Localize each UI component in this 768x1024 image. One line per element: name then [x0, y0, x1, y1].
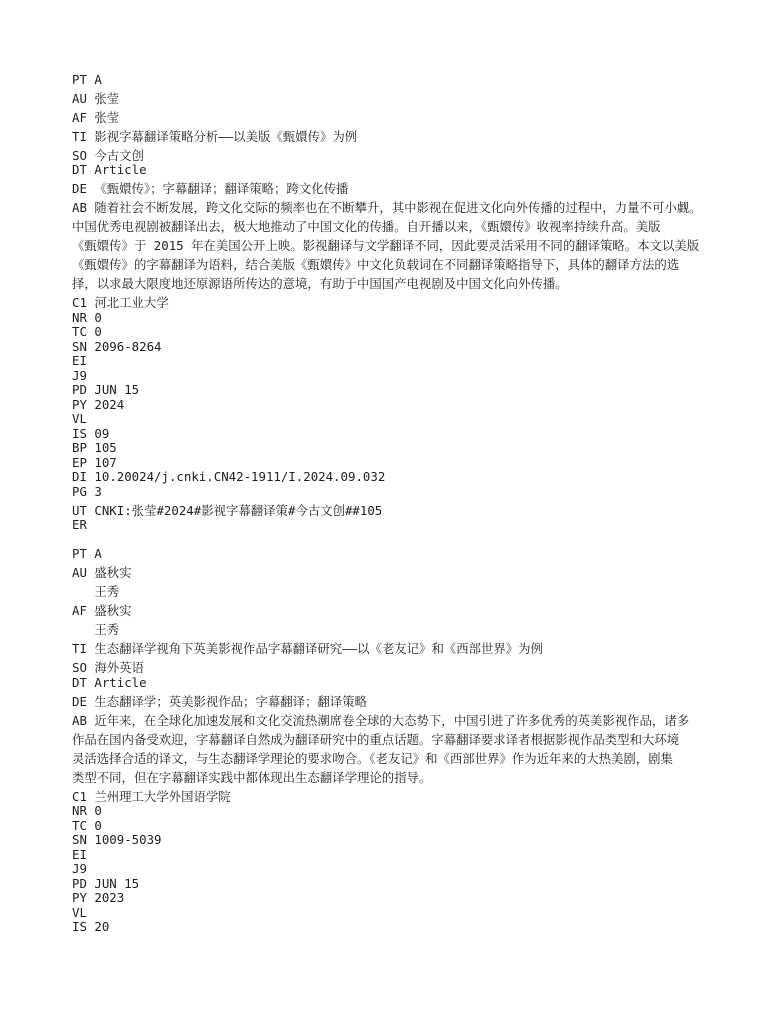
field-pg: PG3 [72, 485, 702, 500]
field-dt: DTArticle [72, 676, 702, 691]
field-tag: AF [72, 604, 94, 619]
issn: 2096-8264 [94, 339, 161, 354]
field-ei: EI [72, 354, 702, 369]
field-tag: EP [72, 456, 94, 471]
field-tag: DI [72, 470, 94, 485]
field-py: PY2024 [72, 398, 702, 413]
field-pt: PTA [72, 547, 702, 562]
affiliation: 兰州理工大学外国语学院 [94, 789, 230, 804]
field-tag: IS [72, 427, 94, 442]
document-text: PTA AU张莹 AF张莹 TI影视字幕翻译策略分析——以美版《甄嬛传》为例 S… [72, 73, 702, 935]
field-tag: NR [72, 311, 94, 326]
field-tag: AB [72, 201, 94, 216]
article-title: 生态翻译学视角下英美影视作品字幕翻译研究——以《老友记》和《西部世界》为例 [94, 641, 543, 656]
keywords: 《甄嬛传》；字幕翻译；翻译策略；跨文化传播 [94, 181, 348, 196]
abstract-line: 随着社会不断发展，跨文化交际的频率也在不断攀升，其中影视在促进文化向外传播的过程… [94, 200, 701, 215]
record-2: PTA AU盛秋实 王秀 AF盛秋实 王秀 TI生态翻译学视角下英美影视作品字幕… [72, 547, 702, 935]
field-value: A [94, 72, 101, 87]
abstract-line: 中国优秀电视剧被翻译出去，极大地推动了中国文化的传播。自开播以来，《甄嬛传》收视… [72, 216, 702, 235]
field-c1: C1兰州理工大学外国语学院 [72, 785, 702, 804]
field-au: AU张莹 [72, 87, 702, 106]
field-ti: TI生态翻译学视角下英美影视作品字幕翻译研究——以《老友记》和《西部世界》为例 [72, 638, 702, 657]
field-tag: PD [72, 383, 94, 398]
issue: 20 [94, 919, 109, 934]
doi: 10.20024/j.cnki.CN42-1911/I.2024.09.032 [94, 469, 385, 484]
field-tag: C1 [72, 296, 94, 311]
field-bp: BP105 [72, 441, 702, 456]
field-tag: PD [72, 877, 94, 892]
issn: 1009-5039 [94, 832, 161, 847]
field-tag: PT [72, 73, 94, 88]
article-title: 影视字幕翻译策略分析——以美版《甄嬛传》为例 [94, 129, 357, 144]
field-ep: EP107 [72, 456, 702, 471]
field-value: 0 [94, 324, 101, 339]
record-1: PTA AU张莹 AF张莹 TI影视字幕翻译策略分析——以美版《甄嬛传》为例 S… [72, 73, 702, 533]
field-j9: J9 [72, 862, 702, 877]
field-value: 0 [94, 818, 101, 833]
field-tag: SO [72, 149, 94, 164]
end-page: 107 [94, 455, 116, 470]
publication-year: 2023 [94, 890, 124, 905]
abstract-line: 近年来，在全球化加速发展和文化交流热潮席卷全球的大态势下，中国引进了许多优秀的英… [94, 713, 689, 728]
field-tag: PG [72, 485, 94, 500]
field-tag: TI [72, 130, 94, 145]
author-name: 王秀 [72, 581, 702, 600]
field-tag: PT [72, 547, 94, 562]
field-vl: VL [72, 906, 702, 921]
field-tag: J9 [72, 862, 94, 877]
field-dt: DTArticle [72, 163, 702, 178]
field-tag: ER [72, 518, 94, 533]
field-tag: VL [72, 412, 94, 427]
field-ab: AB近年来，在全球化加速发展和文化交流热潮席卷全球的大态势下，中国引进了许多优秀… [72, 709, 702, 728]
field-so: SO今古文创 [72, 144, 702, 163]
field-tag: AF [72, 111, 94, 126]
document-type: Article [94, 675, 146, 690]
field-af: AF张莹 [72, 106, 702, 125]
field-is: IS09 [72, 427, 702, 442]
field-vl: VL [72, 412, 702, 427]
field-tag: VL [72, 906, 94, 921]
unique-id: CNKI:张莹#2024#影视字幕翻译策#今古文创##105 [94, 503, 382, 518]
field-tag: EI [72, 354, 94, 369]
field-pd: PDJUN 15 [72, 877, 702, 892]
field-j9: J9 [72, 369, 702, 384]
abstract-line: 《甄嬛传》于 2015 年在美国公开上映。影视翻译与文学翻译不同，因此要灵活采用… [72, 235, 702, 254]
field-tag: SN [72, 833, 94, 848]
field-tag: J9 [72, 369, 94, 384]
field-tag: SN [72, 340, 94, 355]
field-tag: AB [72, 714, 94, 729]
document-type: Article [94, 162, 146, 177]
abstract-line: 《甄嬛传》的字幕翻译为语料，结合美版《甄嬛传》中文化负载词在不同翻译策略指导下，… [72, 254, 702, 273]
author-full-name: 张莹 [94, 110, 119, 125]
field-tag: DE [72, 695, 94, 710]
field-tag: TI [72, 642, 94, 657]
field-value: 0 [94, 310, 101, 325]
field-au: AU盛秋实 [72, 562, 702, 581]
field-tc: TC0 [72, 325, 702, 340]
author-name: 盛秋实 [94, 565, 131, 580]
abstract-line: 灵活选择合适的译文，与生态翻译学理论的要求吻合。《老友记》和《西部世界》作为近年… [72, 747, 702, 766]
page: PTA AU张莹 AF张莹 TI影视字幕翻译策略分析——以美版《甄嬛传》为例 S… [0, 0, 768, 1024]
field-pt: PTA [72, 73, 702, 88]
begin-page: 105 [94, 440, 116, 455]
field-tag: AU [72, 566, 94, 581]
field-tag: AU [72, 92, 94, 107]
abstract-line: 择，以求最大限度地还原源语所传达的意境，有助于中国国产电视剧及中国文化向外传播。 [72, 273, 702, 292]
field-tag: IS [72, 920, 94, 935]
issue: 09 [94, 426, 109, 441]
field-tag: BP [72, 441, 94, 456]
field-nr: NR0 [72, 804, 702, 819]
field-ti: TI影视字幕翻译策略分析——以美版《甄嬛传》为例 [72, 125, 702, 144]
field-tag: SO [72, 661, 94, 676]
field-er: ER [72, 518, 702, 533]
field-nr: NR0 [72, 311, 702, 326]
field-sn: SN1009-5039 [72, 833, 702, 848]
field-tc: TC0 [72, 819, 702, 834]
field-tag: TC [72, 819, 94, 834]
field-ab: AB随着社会不断发展，跨文化交际的频率也在不断攀升，其中影视在促进文化向外传播的… [72, 197, 702, 216]
field-ei: EI [72, 848, 702, 863]
abstract-line: 类型不同，但在字幕翻译实践中都体现出生态翻译学理论的指导。 [72, 766, 702, 785]
source-journal: 今古文创 [94, 148, 144, 163]
keywords: 生态翻译学；英美影视作品；字幕翻译；翻译策略 [94, 694, 367, 709]
author-full-name: 王秀 [72, 619, 702, 638]
field-sn: SN2096-8264 [72, 340, 702, 355]
blank-line [72, 533, 702, 548]
page-count: 3 [94, 484, 101, 499]
author-name: 张莹 [94, 91, 119, 106]
affiliation: 河北工业大学 [94, 295, 168, 310]
field-de: DE《甄嬛传》；字幕翻译；翻译策略；跨文化传播 [72, 178, 702, 197]
publication-date: JUN 15 [94, 382, 139, 397]
publication-date: JUN 15 [94, 876, 139, 891]
field-tag: C1 [72, 790, 94, 805]
field-c1: C1河北工业大学 [72, 292, 702, 311]
field-value: 0 [94, 803, 101, 818]
field-pd: PDJUN 15 [72, 383, 702, 398]
source-journal: 海外英语 [94, 660, 144, 675]
field-tag: TC [72, 325, 94, 340]
field-tag: DE [72, 182, 94, 197]
field-tag: PY [72, 398, 94, 413]
field-tag: DT [72, 676, 94, 691]
field-di: DI10.20024/j.cnki.CN42-1911/I.2024.09.03… [72, 470, 702, 485]
field-de: DE生态翻译学；英美影视作品；字幕翻译；翻译策略 [72, 690, 702, 709]
field-so: SO海外英语 [72, 657, 702, 676]
field-is: IS20 [72, 920, 702, 935]
author-full-name: 盛秋实 [94, 603, 131, 618]
field-tag: DT [72, 163, 94, 178]
field-py: PY2023 [72, 891, 702, 906]
field-ut: UTCNKI:张莹#2024#影视字幕翻译策#今古文创##105 [72, 499, 702, 518]
field-tag: UT [72, 504, 94, 519]
field-value: A [94, 546, 101, 561]
abstract-line: 作品在国内备受欢迎，字幕翻译自然成为翻译研究中的重点话题。字幕翻译要求译者根据影… [72, 728, 702, 747]
field-tag: NR [72, 804, 94, 819]
field-tag: EI [72, 848, 94, 863]
publication-year: 2024 [94, 397, 124, 412]
field-af: AF盛秋实 [72, 600, 702, 619]
field-tag: PY [72, 891, 94, 906]
